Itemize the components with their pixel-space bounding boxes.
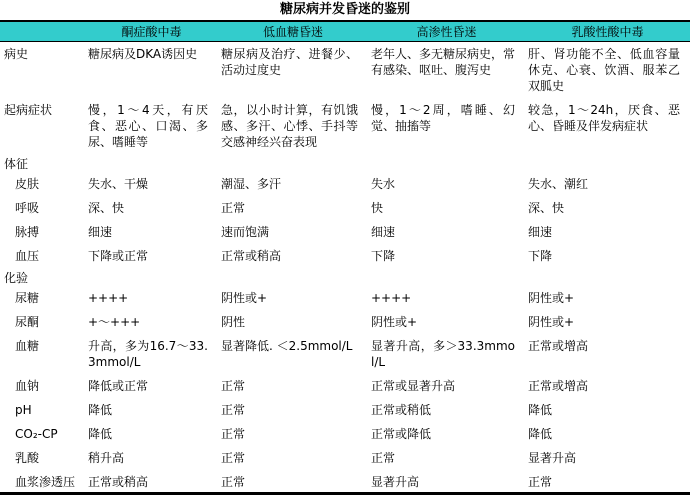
table-body: 病史糖尿病及DKA诱因史糖尿病及治疗、进餐少、活动过度史老年人、多无糖尿病史，常…	[0, 41, 690, 493]
table-cell: 细速	[368, 220, 525, 244]
table-cell: 正常或稍高	[218, 244, 368, 268]
table-cell: 肝、肾功能不全、低血容量休克、心衰、饮酒、服苯乙双胍史	[525, 41, 690, 98]
table-cell: 正常	[525, 470, 690, 494]
section-label: 体征	[0, 154, 690, 172]
table-header: 酮症酸中毒低血糖昏迷高渗性昏迷乳酸性酸中毒	[0, 21, 690, 41]
table-cell: 显著降低. ＜2.5mmol/L	[218, 334, 368, 374]
row-label: 皮肤	[0, 172, 85, 196]
table-cell: 正常或显著升高	[368, 374, 525, 398]
table-cell: ++++	[85, 286, 218, 310]
table-cell: 正常或降低	[368, 422, 525, 446]
table-row: 皮肤失水、干燥潮湿、多汗失水失水、潮红	[0, 172, 690, 196]
table-row: 血压下降或正常正常或稍高下降下降	[0, 244, 690, 268]
header-cell-empty	[0, 21, 85, 41]
table-cell: 慢，1～4天，有厌食、恶心、口渴、多尿、嗜睡等	[85, 98, 218, 154]
table-cell: 失水、干燥	[85, 172, 218, 196]
table-cell: 正常	[218, 470, 368, 494]
row-label: 血浆渗透压	[0, 470, 85, 494]
table-cell: 显著升高	[368, 470, 525, 494]
table-cell: 较急，1～24h，厌食、恶心、昏睡及伴发病症状	[525, 98, 690, 154]
table-cell: 慢，1～2周，嗜睡、幻觉、抽搐等	[368, 98, 525, 154]
table-row: 尿酮+～+++阴性阴性或+阴性或+	[0, 310, 690, 334]
table-cell: 阴性	[218, 310, 368, 334]
table-cell: 正常或稍高	[85, 470, 218, 494]
table-cell: 正常	[218, 196, 368, 220]
row-label: 血压	[0, 244, 85, 268]
row-label: 血糖	[0, 334, 85, 374]
header-cell: 高渗性昏迷	[368, 21, 525, 41]
table-row: 起病症状慢，1～4天，有厌食、恶心、口渴、多尿、嗜睡等急，以小时计算，有饥饿感、…	[0, 98, 690, 154]
table-cell: 失水、潮红	[525, 172, 690, 196]
table-cell: 失水	[368, 172, 525, 196]
table-cell: 阴性或+	[368, 310, 525, 334]
row-label: pH	[0, 398, 85, 422]
table-cell: 下降	[368, 244, 525, 268]
table-cell: 正常或增高	[525, 374, 690, 398]
table-row: 血钠降低或正常正常正常或显著升高正常或增高	[0, 374, 690, 398]
table-cell: 正常	[218, 422, 368, 446]
page: 糖尿病并发昏迷的鉴别 酮症酸中毒低血糖昏迷高渗性昏迷乳酸性酸中毒 病史糖尿病及D…	[0, 0, 690, 498]
table-cell: 正常或增高	[525, 334, 690, 374]
header-row: 酮症酸中毒低血糖昏迷高渗性昏迷乳酸性酸中毒	[0, 21, 690, 41]
table-cell: 稍升高	[85, 446, 218, 470]
table-cell: 显著升高	[525, 446, 690, 470]
row-label: 病史	[0, 41, 85, 98]
table-cell: 老年人、多无糖尿病史，常有感染、呕吐、腹泻史	[368, 41, 525, 98]
table-cell: 显著升高，多＞33.3mmol/L	[368, 334, 525, 374]
table-cell: 正常或稍低	[368, 398, 525, 422]
table-row: CO₂-CP降低正常正常或降低降低	[0, 422, 690, 446]
row-label: 尿酮	[0, 310, 85, 334]
table-cell: 正常	[218, 446, 368, 470]
table-cell: 快	[368, 196, 525, 220]
row-label: 尿糖	[0, 286, 85, 310]
section-row: 体征	[0, 154, 690, 172]
table-cell: 阴性或+	[525, 286, 690, 310]
table-cell: +～+++	[85, 310, 218, 334]
table-cell: 细速	[525, 220, 690, 244]
table-row: 乳酸稍升高正常正常显著升高	[0, 446, 690, 470]
table-row: 病史糖尿病及DKA诱因史糖尿病及治疗、进餐少、活动过度史老年人、多无糖尿病史，常…	[0, 41, 690, 98]
table-row: 脉搏细速速而饱满细速细速	[0, 220, 690, 244]
header-cell: 酮症酸中毒	[85, 21, 218, 41]
table-cell: 下降或正常	[85, 244, 218, 268]
header-cell: 乳酸性酸中毒	[525, 21, 690, 41]
table-cell: 潮湿、多汗	[218, 172, 368, 196]
table-cell: 降低	[85, 398, 218, 422]
row-label: CO₂-CP	[0, 422, 85, 446]
page-title: 糖尿病并发昏迷的鉴别	[0, 0, 690, 20]
row-label: 血钠	[0, 374, 85, 398]
table-cell: ++++	[368, 286, 525, 310]
section-label: 化验	[0, 268, 690, 286]
section-row: 化验	[0, 268, 690, 286]
table-row: pH降低正常正常或稍低降低	[0, 398, 690, 422]
table-cell: 速而饱满	[218, 220, 368, 244]
table-cell: 糖尿病及治疗、进餐少、活动过度史	[218, 41, 368, 98]
table-cell: 正常	[368, 446, 525, 470]
table-cell: 急，以小时计算，有饥饿感、多汗、心悸、手抖等交感神经兴奋表现	[218, 98, 368, 154]
row-label: 脉搏	[0, 220, 85, 244]
table-cell: 深、快	[85, 196, 218, 220]
table-cell: 降低	[525, 398, 690, 422]
table-cell: 阴性或+	[525, 310, 690, 334]
row-label: 起病症状	[0, 98, 85, 154]
table-cell: 正常	[218, 374, 368, 398]
table-cell: 降低	[85, 422, 218, 446]
header-cell: 低血糖昏迷	[218, 21, 368, 41]
table-cell: 降低或正常	[85, 374, 218, 398]
table-cell: 阴性或+	[218, 286, 368, 310]
table-cell: 正常	[218, 398, 368, 422]
table-cell: 深、快	[525, 196, 690, 220]
table-cell: 降低	[525, 422, 690, 446]
table-cell: 升高，多为16.7～33.3mmol/L	[85, 334, 218, 374]
row-label: 乳酸	[0, 446, 85, 470]
table-row: 血糖升高，多为16.7～33.3mmol/L显著降低. ＜2.5mmol/L显著…	[0, 334, 690, 374]
table-cell: 细速	[85, 220, 218, 244]
table-row: 呼吸深、快正常快深、快	[0, 196, 690, 220]
row-label: 呼吸	[0, 196, 85, 220]
table-cell: 下降	[525, 244, 690, 268]
table-row: 尿糖++++阴性或+++++阴性或+	[0, 286, 690, 310]
table-cell: 糖尿病及DKA诱因史	[85, 41, 218, 98]
table-row: 血浆渗透压正常或稍高正常显著升高正常	[0, 470, 690, 494]
diagnosis-table: 酮症酸中毒低血糖昏迷高渗性昏迷乳酸性酸中毒 病史糖尿病及DKA诱因史糖尿病及治疗…	[0, 20, 690, 495]
